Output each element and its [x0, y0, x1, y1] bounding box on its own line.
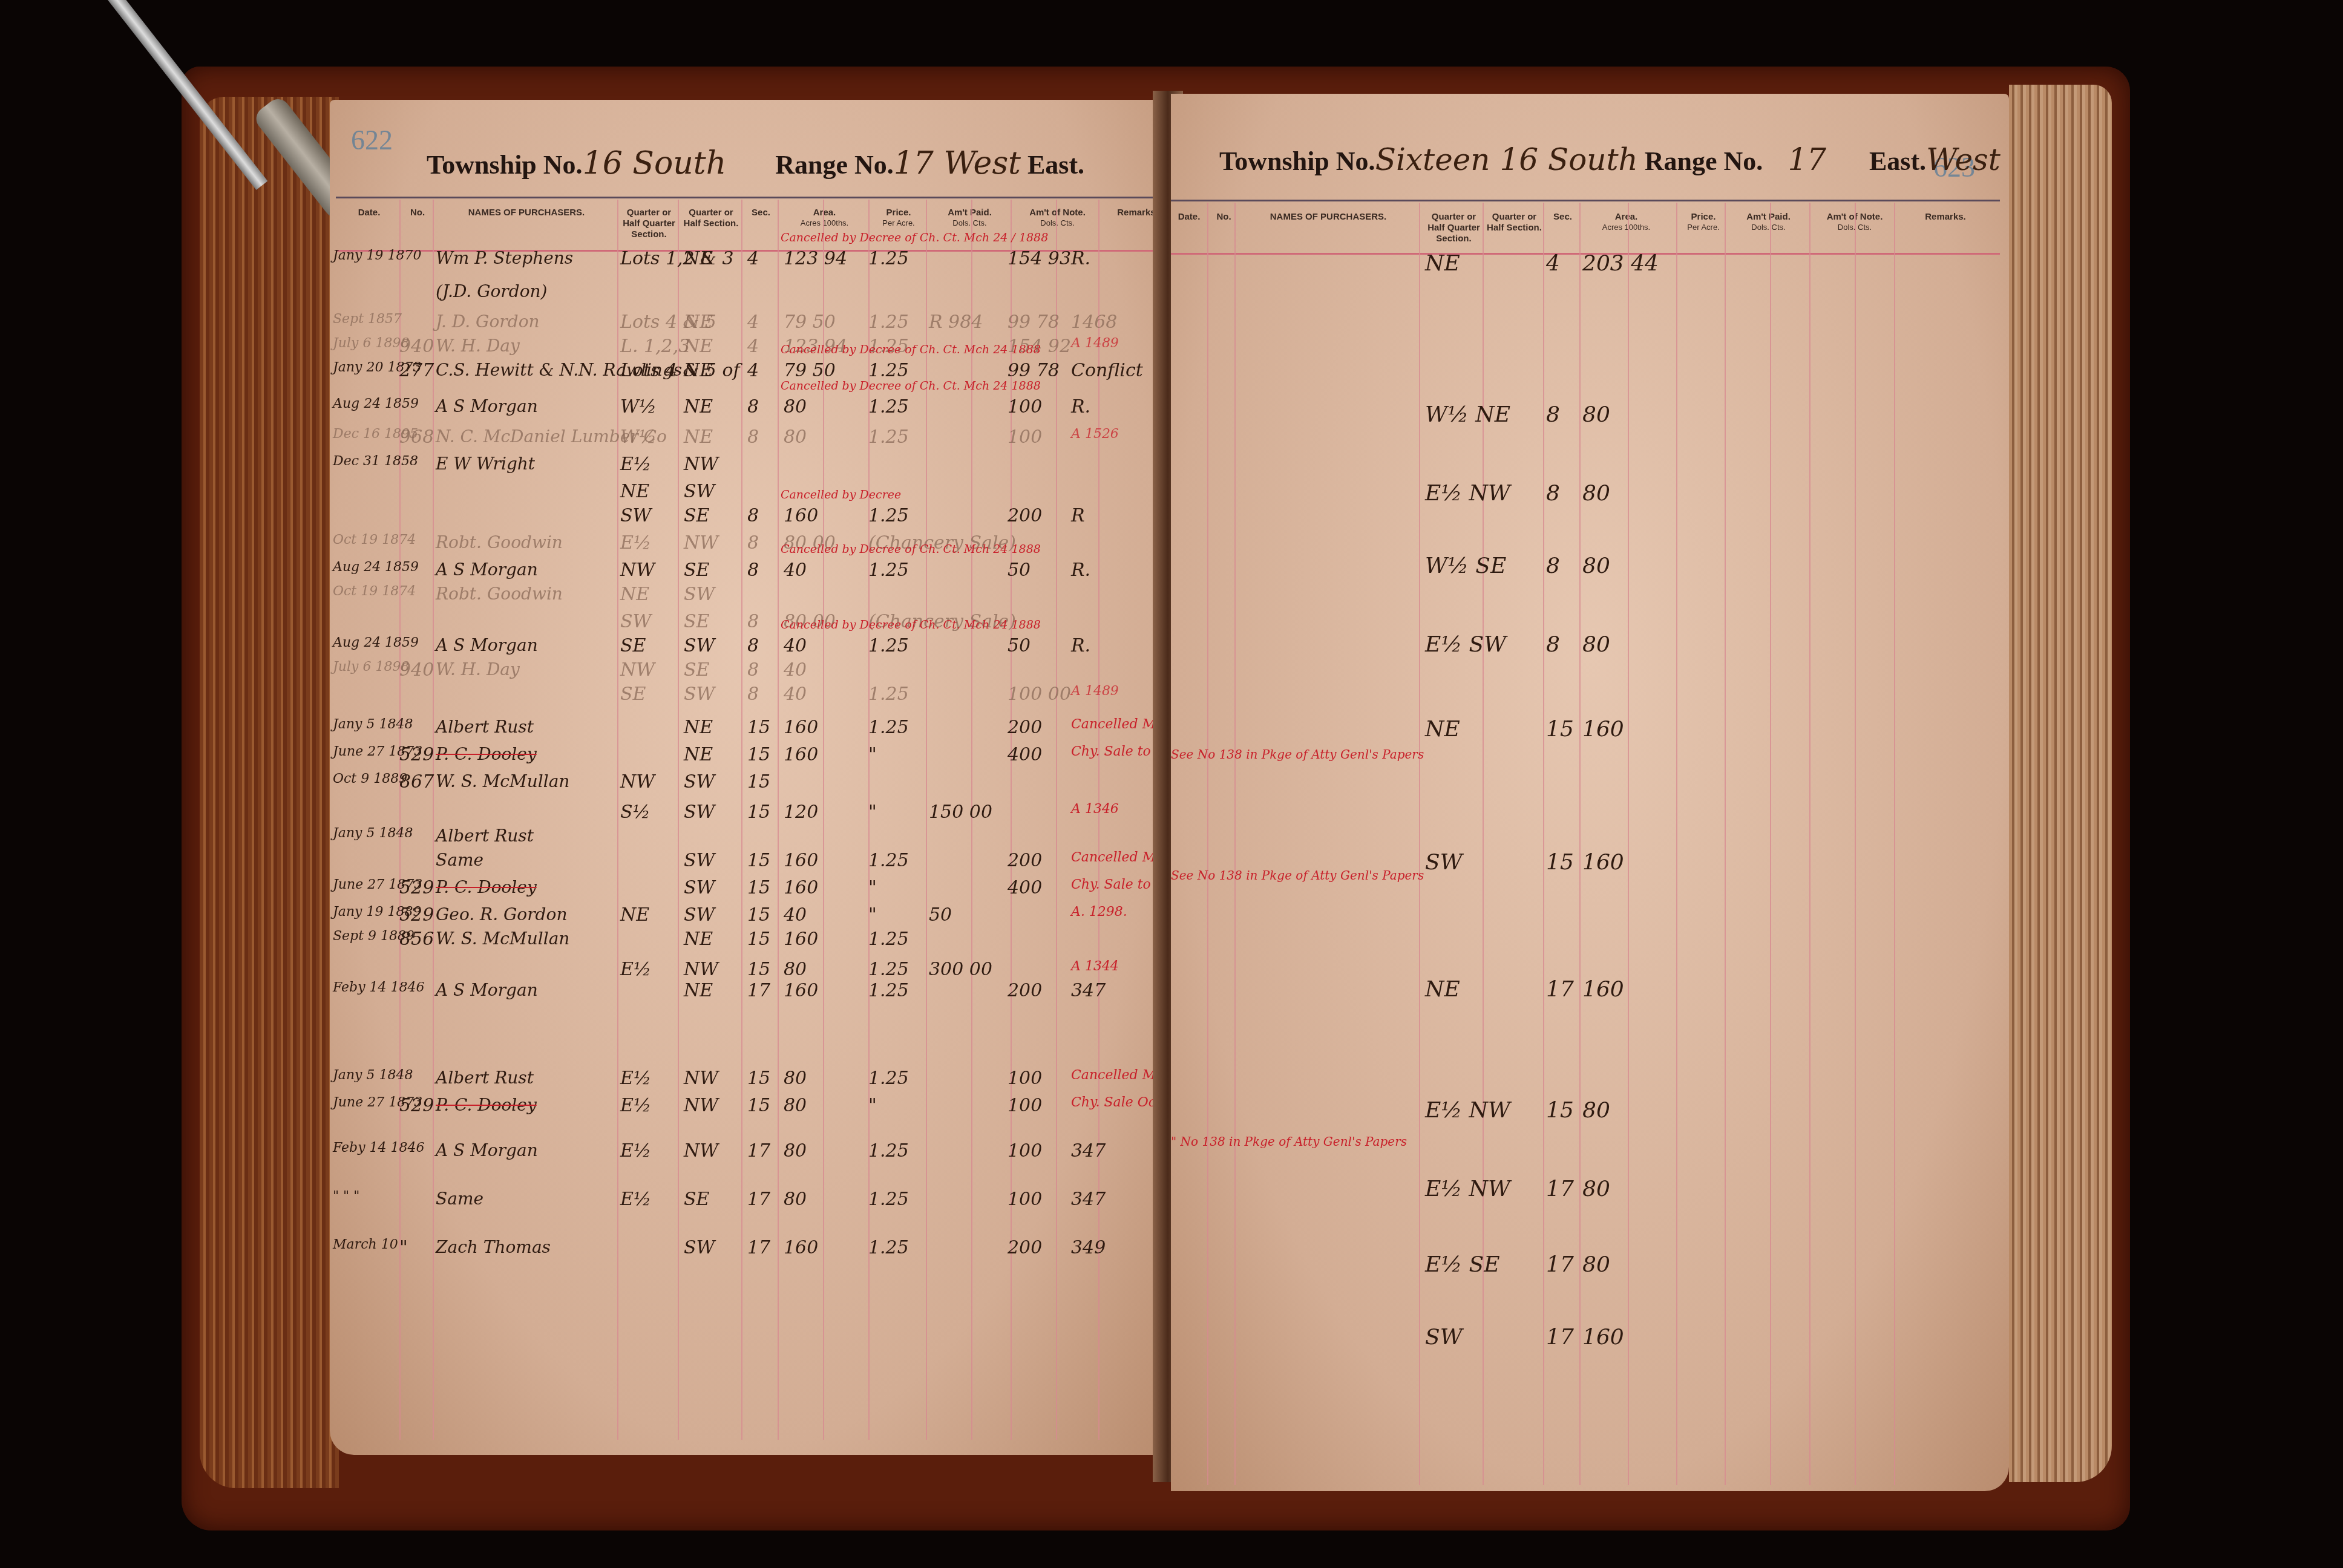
entry-note: 100: [1008, 1140, 1042, 1161]
entry-q: SE: [684, 611, 709, 632]
entry-note: 400: [1008, 877, 1042, 898]
entry-qq: NE: [620, 584, 649, 605]
entry-name: Same: [436, 850, 483, 870]
cancellation-note: Cancelled by Decree of Ch. Ct. Mch 24 / …: [781, 231, 1048, 244]
entry-tract: NE: [1425, 717, 1460, 742]
entry-remarks: R.: [1071, 396, 1090, 417]
entry-sec: 15: [747, 744, 770, 765]
ruling-line: [1894, 203, 1895, 1485]
entry-area: 160: [784, 1237, 818, 1258]
page-number: 622: [351, 124, 393, 156]
column-header: NAMES OF PURCHASERS.: [1237, 212, 1419, 223]
entry-remarks: A 1489: [1071, 336, 1119, 351]
ruling-line: [741, 200, 742, 1440]
column-subheader: Per Acre.: [1679, 223, 1728, 232]
entry-qq: Lots 4 & 5 of: [620, 360, 740, 381]
column-header: Sec.: [744, 207, 778, 218]
entry-tract: E½ NW: [1425, 481, 1510, 506]
entry-remarks: 347: [1071, 980, 1106, 1001]
entry-sec: 17: [1546, 1252, 1574, 1277]
entry-paid: R 984: [929, 312, 983, 333]
entry-q: NE: [684, 396, 713, 417]
column-header: Price.Per Acre.: [1679, 212, 1728, 232]
entry-price: 1.25: [868, 312, 909, 333]
entry-date: Jany 5 1848: [333, 717, 413, 732]
entry-date: Oct 19 1874: [333, 584, 416, 599]
entry-area: 80: [784, 959, 807, 980]
entry-area: 160: [1582, 850, 1624, 875]
entry-note: 100: [1008, 1095, 1042, 1116]
entry-q: SW: [684, 904, 715, 926]
entry-q: SE: [684, 659, 709, 681]
ruling-line: [678, 200, 679, 1440]
entry-no: 529: [399, 744, 434, 765]
page-title: Township No.Sixteen 16 South Range No. 1…: [1219, 142, 2001, 177]
entry-price: 1.25: [868, 980, 909, 1001]
entry-area: 80: [1582, 481, 1610, 506]
entry-sec: 15: [747, 802, 770, 823]
column-header: Sec.: [1546, 212, 1579, 223]
entry-remarks: A 1489: [1071, 684, 1119, 699]
entry-tract: NE: [1425, 977, 1460, 1002]
column-header: Area.Acres 100ths.: [781, 207, 868, 228]
entry-sec: 17: [747, 980, 770, 1001]
entry-remarks: Conflict: [1071, 360, 1143, 381]
entry-no: 856: [399, 929, 434, 950]
ruling-line: [1725, 203, 1726, 1485]
entry-qq: E½: [620, 1189, 651, 1210]
entry-name: Geo. R. Gordon: [436, 904, 567, 924]
entry-name: Robt. Goodwin: [436, 584, 563, 604]
entry-no: ": [399, 1237, 408, 1258]
entry-area: 160: [784, 744, 818, 765]
range-value: 17 West: [894, 145, 1021, 181]
entry-area: 40: [784, 904, 807, 926]
entry-area: 123 94: [784, 248, 847, 269]
ruling-line: [1543, 203, 1544, 1485]
column-header: NAMES OF PURCHASERS.: [436, 207, 617, 218]
entry-area: 40: [784, 684, 807, 705]
ruling-line: [1056, 200, 1057, 1440]
entry-name: W. S. McMullan: [436, 929, 569, 949]
entry-qq: E½: [620, 454, 651, 475]
entry-remarks: 347: [1071, 1189, 1106, 1210]
cancellation-note: Cancelled by Decree: [781, 488, 901, 501]
column-header: Area.Acres 100ths.: [1582, 212, 1670, 232]
entry-area: 80: [784, 1068, 807, 1089]
entry-sec: 15: [747, 929, 770, 950]
ruling-line: [1809, 203, 1810, 1485]
entry-remarks: R.: [1071, 635, 1090, 656]
entry-sec: 15: [747, 850, 770, 871]
entry-area: 160: [784, 877, 818, 898]
column-header: Quarter or Half Section.: [1486, 212, 1543, 234]
entry-remarks: A. 1298.: [1071, 904, 1127, 920]
range-value: 17: [1788, 142, 1826, 177]
entry-qq: W½: [620, 426, 657, 448]
entry-price: 1.25: [868, 717, 909, 738]
entry-sec: 15: [747, 1068, 770, 1089]
entry-name: Albert Rust: [436, 1068, 534, 1088]
entry-q: NW: [684, 1068, 718, 1089]
column-header: Date.: [339, 207, 399, 218]
entry-remarks: A 1344: [1071, 959, 1119, 974]
entry-qq: W½: [620, 396, 657, 417]
entry-date: Feby 14 1846: [333, 1140, 425, 1155]
entry-no: 529: [399, 877, 434, 898]
entry-sec: 15: [747, 959, 770, 980]
entry-price: ": [868, 802, 877, 823]
entry-date: Oct 19 1874: [333, 532, 416, 547]
column-header: Am't Paid.Dols. Cts.: [1728, 212, 1809, 232]
entry-note: 200: [1008, 1237, 1042, 1258]
column-header: No.: [1210, 212, 1237, 223]
entry-tract: SW: [1425, 1325, 1463, 1350]
entry-name: Robt. Goodwin: [436, 532, 563, 552]
entry-sec: 8: [747, 532, 759, 554]
entry-tract: E½ NW: [1425, 1098, 1510, 1123]
entry-name: A S Morgan: [436, 635, 538, 655]
entry-note: 200: [1008, 505, 1042, 526]
entry-sec: 8: [747, 659, 759, 681]
entry-sec: 15: [747, 904, 770, 926]
entry-note: 200: [1008, 717, 1042, 738]
entry-price: 1.25: [868, 248, 909, 269]
entry-sec: 15: [1546, 1098, 1574, 1123]
entry-price: 1.25: [868, 360, 909, 381]
entry-area: 160: [784, 505, 818, 526]
entry-date: July 6 1898: [333, 659, 409, 675]
entry-sec: 8: [1546, 554, 1560, 578]
entry-sec: 15: [1546, 717, 1574, 742]
entry-price: 1.25: [868, 505, 909, 526]
entry-price: 1.25: [868, 929, 909, 950]
entry-name: A S Morgan: [436, 396, 538, 416]
entry-sec: 8: [747, 505, 759, 526]
entry-remarks: A 1346: [1071, 802, 1119, 817]
entry-q: SW: [684, 771, 715, 792]
entry-q: SE: [684, 560, 709, 581]
entry-date: Oct 9 1889: [333, 771, 407, 786]
cancellation-note: Cancelled by Decree of Ch. Ct. Mch 24 18…: [781, 618, 1041, 632]
entry-date: Sept 1857: [333, 312, 402, 327]
entry-remarks: 1468: [1071, 312, 1117, 333]
entry-tract: E½ SE: [1425, 1252, 1500, 1277]
column-subheader: Dols. Cts.: [929, 218, 1011, 228]
page-title: Township No.16 South Range No.17 West Ea…: [427, 145, 1084, 181]
ruling-line: [433, 200, 434, 1440]
entry-date: Aug 24 1859: [333, 635, 419, 650]
entry-q: NW: [684, 1095, 718, 1116]
entry-paid: 50: [929, 904, 952, 926]
entry-q: NE: [684, 717, 713, 738]
entry-price: 1.25: [868, 959, 909, 980]
entry-sec: 4: [1546, 251, 1560, 276]
column-header: Remarks.: [1897, 212, 1994, 223]
entry-area: 203 44: [1582, 251, 1659, 276]
entry-remarks: A 1526: [1071, 426, 1119, 442]
entry-date: Aug 24 1859: [333, 560, 419, 575]
entry-qq: NW: [620, 560, 655, 581]
red-reference-note: See No 138 in Pkge of Atty Genl's Papers: [1171, 868, 1424, 883]
entry-q: NW: [684, 1140, 718, 1161]
entry-name: W. S. McMullan: [436, 771, 569, 791]
entry-sec: 4: [747, 336, 759, 357]
left-page-stack: [200, 97, 339, 1488]
entry-area: 160: [1582, 977, 1624, 1002]
column-header: No.: [402, 207, 433, 218]
entry-q: NW: [684, 959, 718, 980]
entry-no: 940: [399, 336, 434, 357]
entry-paid: 150 00: [929, 802, 992, 823]
entry-remarks: 347: [1071, 1140, 1106, 1161]
entry-sec: 17: [747, 1189, 770, 1210]
township-value: Sixteen 16 South: [1375, 142, 1638, 177]
entry-area: 80: [1582, 1098, 1610, 1123]
entry-date: March 10: [333, 1237, 398, 1252]
entry-remarks: R.: [1071, 560, 1090, 581]
ruling-line: [1628, 203, 1629, 1485]
entry-q: NE: [684, 744, 713, 765]
column-header: Quarter or Half Quarter Section.: [620, 207, 678, 240]
entry-sec: 8: [747, 396, 759, 417]
column-subheader: Acres 100ths.: [781, 218, 868, 228]
entry-price: ": [868, 904, 877, 926]
entry-area: 80: [784, 1095, 807, 1116]
ruling-line: [1676, 203, 1677, 1485]
entry-note: 200: [1008, 850, 1042, 871]
entry-qq: NE: [620, 904, 649, 926]
entry-note: 100: [1008, 396, 1042, 417]
entry-name: J. D. Gordon: [436, 312, 540, 332]
entry-note: 99 78: [1008, 360, 1060, 381]
entry-qq: L. 1,2,3: [620, 336, 690, 357]
entry-date: " " ": [333, 1189, 359, 1204]
cancellation-note: Cancelled by Decree of Ch. Ct. Mch 24 18…: [781, 379, 1041, 393]
entry-tract: E½ NW: [1425, 1177, 1510, 1201]
entry-note: 100: [1008, 426, 1042, 448]
column-header: Quarter or Half Quarter Section.: [1425, 212, 1483, 244]
entry-q: NW: [684, 454, 718, 475]
entry-qq: Lots 1,2 & 3: [620, 248, 734, 269]
entry-note: 200: [1008, 980, 1042, 1001]
entry-no: 277: [399, 360, 434, 381]
entry-sec: 17: [1546, 1177, 1574, 1201]
entry-sec: 17: [1546, 977, 1574, 1002]
entry-price: 1.25: [868, 560, 909, 581]
entry-name: E W Wright: [436, 454, 535, 474]
entry-area: 160: [1582, 1325, 1624, 1350]
entry-sec: 17: [1546, 1325, 1574, 1350]
entry-no: 867: [399, 771, 434, 792]
entry-note: 400: [1008, 744, 1042, 765]
entry-q: NE: [684, 312, 713, 333]
entry-name: Albert Rust: [436, 717, 534, 737]
column-header: Am't Paid.Dols. Cts.: [929, 207, 1011, 228]
entry-area: 79 50: [784, 312, 836, 333]
entry-date: Jany 19 1870: [333, 248, 422, 263]
entry-note: 100: [1008, 1189, 1042, 1210]
entry-tract: SW: [1425, 850, 1463, 875]
ruling-line: [778, 200, 779, 1440]
entry-area: 160: [784, 980, 818, 1001]
entry-sec: 4: [747, 248, 759, 269]
entry-tract: W½ SE: [1425, 554, 1506, 578]
entry-date: July 6 1898: [333, 336, 409, 351]
entry-name: W. H. Day: [436, 336, 520, 356]
entry-area: 160: [784, 850, 818, 871]
entry-price: 1.25: [868, 396, 909, 417]
entry-sec: 8: [747, 426, 759, 448]
entry-note: 99 78: [1008, 312, 1060, 333]
entry-name: Zach Thomas: [436, 1237, 551, 1257]
entry-qq: E½: [620, 1095, 651, 1116]
entry-q: SW: [684, 1237, 715, 1258]
entry-name: A S Morgan: [436, 1140, 538, 1160]
entry-sec: 8: [1546, 402, 1560, 427]
entry-area: 80: [1582, 1252, 1610, 1277]
entry-area: 80: [784, 426, 807, 448]
entry-qq: NW: [620, 771, 655, 792]
entry-area: 80: [1582, 554, 1610, 578]
entry-name: (J.D. Gordon): [436, 281, 547, 301]
entry-qq: SW: [620, 611, 651, 632]
entry-qq: S½: [620, 802, 650, 823]
entry-date: Jany 5 1848: [333, 826, 413, 841]
entry-sec: 8: [747, 635, 759, 656]
red-reference-note: " No 138 in Pkge of Atty Genl's Papers: [1171, 1134, 1407, 1149]
entry-sec: 15: [747, 877, 770, 898]
column-subheader: Dols. Cts.: [1014, 218, 1101, 228]
entry-q: SW: [684, 584, 715, 605]
entry-sec: 15: [747, 771, 770, 792]
entry-area: 80: [1582, 632, 1610, 657]
left-page: 622 Township No.16 South Range No.17 Wes…: [330, 100, 1165, 1455]
ruling-line: [1483, 203, 1484, 1485]
right-page-stack: [2009, 85, 2112, 1482]
entry-qq: E½: [620, 1140, 651, 1161]
entry-price: 1.25: [868, 684, 909, 705]
entry-note: 100 00: [1008, 684, 1071, 705]
entry-sec: 17: [747, 1237, 770, 1258]
entry-area: 160: [1582, 717, 1624, 742]
entry-q: SW: [684, 877, 715, 898]
entry-date: Aug 24 1859: [333, 396, 419, 411]
right-page: 623 Township No.Sixteen 16 South Range N…: [1171, 94, 2009, 1491]
entry-qq: SW: [620, 505, 651, 526]
ruling-line: [1855, 203, 1856, 1485]
entry-area: 40: [784, 560, 807, 581]
entry-qq: E½: [620, 532, 651, 554]
entry-price: 1.25: [868, 1140, 909, 1161]
entry-sec: 15: [747, 1095, 770, 1116]
entry-q: NE: [684, 336, 713, 357]
entry-remarks: R: [1071, 505, 1085, 526]
entry-area: 80: [1582, 402, 1610, 427]
column-subheader: Acres 100ths.: [1582, 223, 1670, 232]
column-header: Am't of Note.Dols. Cts.: [1014, 207, 1101, 228]
entry-no: 968: [399, 426, 434, 448]
entry-area: 80: [784, 1140, 807, 1161]
column-header: Quarter or Half Section.: [681, 207, 741, 229]
entry-date: Jany 5 1848: [333, 1068, 413, 1083]
entry-q: SW: [684, 635, 715, 656]
column-header: Price.Per Acre.: [871, 207, 926, 228]
entry-qq: NW: [620, 659, 655, 681]
entry-sec: 8: [1546, 632, 1560, 657]
entry-name: P. C. Dooley: [436, 744, 537, 764]
entry-sec: 15: [1546, 850, 1574, 875]
entry-q: SW: [684, 802, 715, 823]
entry-area: 80: [784, 396, 807, 417]
entry-note: 50: [1008, 635, 1031, 656]
entry-q: NW: [684, 532, 718, 554]
entry-q: SW: [684, 850, 715, 871]
range-correction: West: [1926, 142, 2001, 177]
cancellation-note: Cancelled by Decree of Ch. Ct. Mch 24 18…: [781, 543, 1041, 556]
entry-sec: 8: [747, 684, 759, 705]
ruling-line: [1770, 203, 1771, 1485]
entry-date: Feby 14 1846: [333, 980, 425, 995]
entry-sec: 8: [1546, 481, 1560, 506]
entry-sec: 4: [747, 312, 759, 333]
entry-area: 79 50: [784, 360, 836, 381]
entry-sec: 8: [747, 611, 759, 632]
entry-q: SW: [684, 684, 715, 705]
red-reference-note: See No 138 in Pkge of Atty Genl's Papers: [1171, 747, 1424, 762]
entry-area: 120: [784, 802, 818, 823]
entry-price: ": [868, 744, 877, 765]
entry-qq: NE: [620, 481, 649, 502]
entry-price: ": [868, 1095, 877, 1116]
entry-sec: 8: [747, 560, 759, 581]
entry-note: 100: [1008, 1068, 1042, 1089]
entry-qq: E½: [620, 1068, 651, 1089]
entry-name: Albert Rust: [436, 826, 534, 846]
column-subheader: Dols. Cts.: [1728, 223, 1809, 232]
entry-tract: NE: [1425, 251, 1460, 276]
entry-price: 1.25: [868, 1189, 909, 1210]
entry-q: NE: [684, 360, 713, 381]
ruling-line: [1207, 203, 1208, 1485]
entry-area: 40: [784, 635, 807, 656]
entry-name: A S Morgan: [436, 560, 538, 580]
entry-name: Same: [436, 1189, 483, 1209]
entry-q: SE: [684, 1189, 709, 1210]
entry-price: 1.25: [868, 1068, 909, 1089]
ruling-line: [1579, 203, 1581, 1485]
entry-sec: 4: [747, 360, 759, 381]
entry-paid: 300 00: [929, 959, 992, 980]
column-subheader: Per Acre.: [871, 218, 926, 228]
column-header: Date.: [1171, 212, 1207, 223]
entry-sec: 15: [747, 717, 770, 738]
entry-area: 160: [784, 929, 818, 950]
entry-note: 50: [1008, 560, 1031, 581]
entry-date: Dec 31 1858: [333, 454, 418, 469]
entry-qq: SE: [620, 635, 646, 656]
entry-name: P. C. Dooley: [436, 877, 537, 897]
entry-no: 529: [399, 1095, 434, 1116]
entry-remarks: 349: [1071, 1237, 1106, 1258]
entry-name: Wm P. Stephens: [436, 248, 573, 268]
entry-name: A S Morgan: [436, 980, 538, 1000]
entry-price: 1.25: [868, 1237, 909, 1258]
entry-q: SE: [684, 505, 709, 526]
ruling-line: [1234, 203, 1236, 1485]
entry-q: NE: [684, 929, 713, 950]
entry-remarks: R.: [1071, 248, 1090, 269]
